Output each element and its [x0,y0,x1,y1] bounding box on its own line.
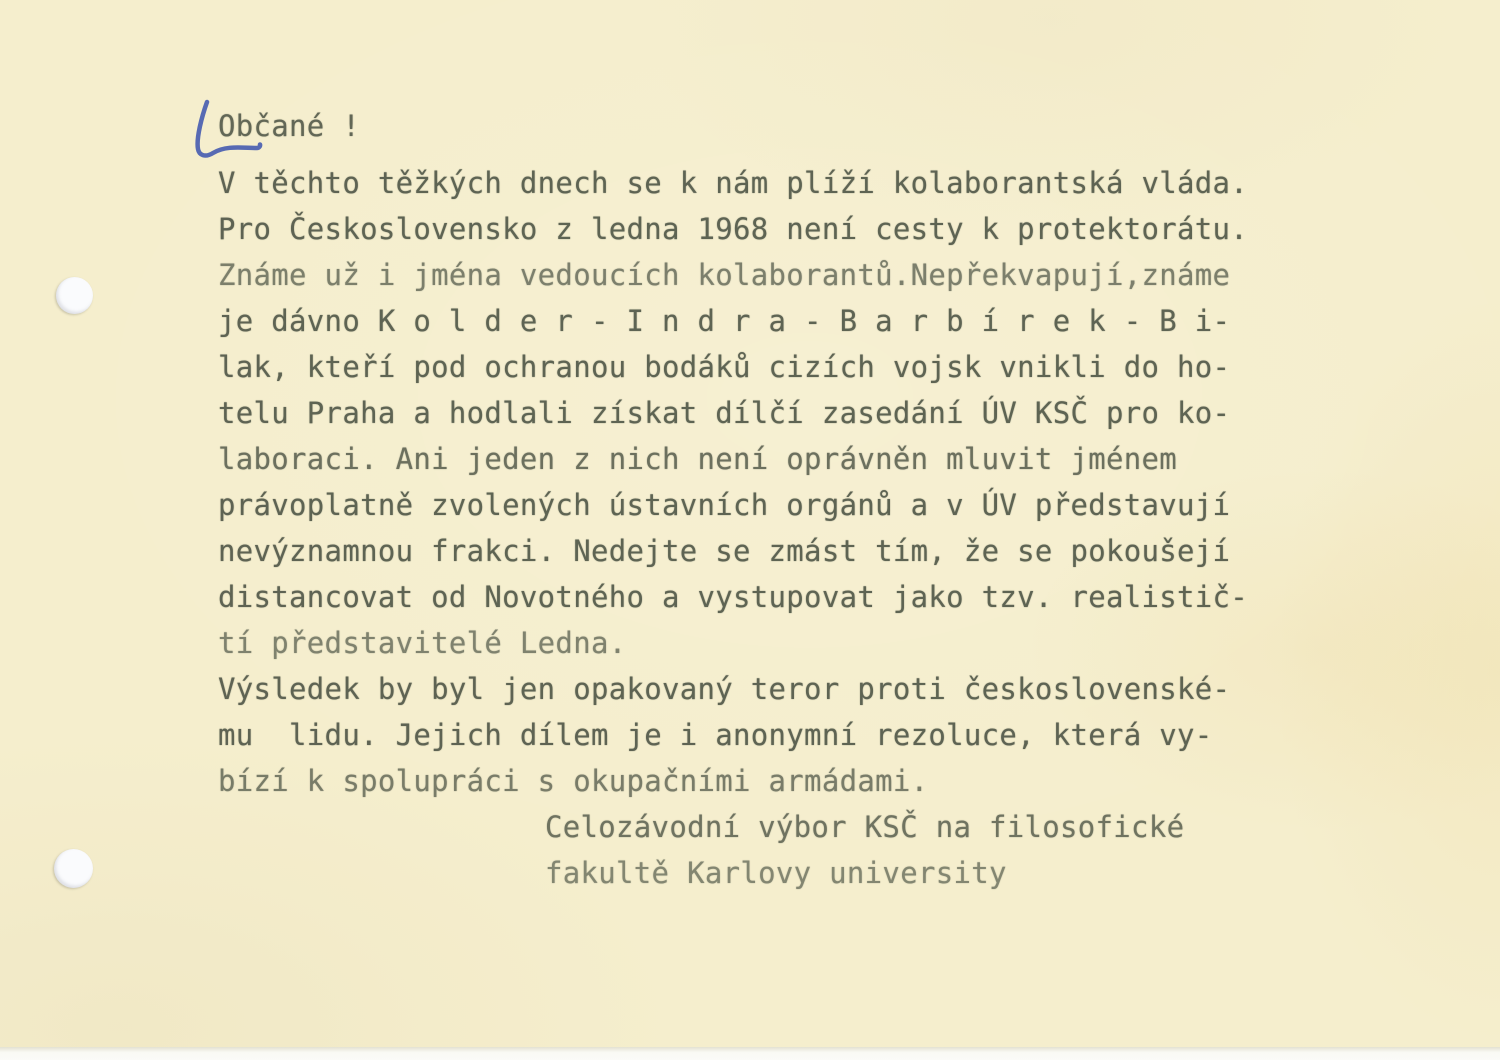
letter-text: Občané ! V těchto těžkých dnech se k nám… [218,103,1248,896]
signature-line: fakultě Karlovy university [218,850,1248,896]
body-line: Pro Československo z ledna 1968 není ces… [218,206,1248,252]
body-line: je dávno K o l d e r - I n d r a - B a r… [218,298,1248,344]
body-line: V těchto těžkých dnech se k nám plíží ko… [218,160,1248,206]
body-line: Výsledek by byl jen opakovaný teror prot… [218,666,1248,712]
body-line: laboraci. Ani jeden z nich není oprávněn… [218,436,1248,482]
body-line: právoplatně zvolených ústavních orgánů a… [218,482,1248,528]
body-line: telu Praha a hodlali získat dílčí zasedá… [218,390,1248,436]
body-line: Známe už i jména vedoucích kolaborantů.N… [218,252,1248,298]
scan-edge [0,1047,1500,1060]
body-line: distancovat od Novotného a vystupovat ja… [218,574,1248,620]
salutation: Občané ! [218,103,1248,149]
punch-hole-bottom [54,849,93,888]
body-line: tí představitelé Ledna. [218,620,1248,666]
body-line: mu lidu. Jejich dílem je i anonymní rezo… [218,712,1248,758]
punch-hole-top [56,277,93,314]
body-line: nevýznamnou frakci. Nedejte se zmást tím… [218,528,1248,574]
body-line: bízí k spolupráci s okupačními armádami. [218,758,1248,804]
letter-body: V těchto těžkých dnech se k nám plíží ko… [218,160,1248,804]
signature-line: Celozávodní výbor KSČ na filosofické [218,804,1248,850]
body-line: lak, kteří pod ochranou bodáků cizích vo… [218,344,1248,390]
signature-block: Celozávodní výbor KSČ na filosofické fak… [218,804,1248,896]
scanned-page: Občané ! V těchto těžkých dnech se k nám… [0,0,1500,1060]
